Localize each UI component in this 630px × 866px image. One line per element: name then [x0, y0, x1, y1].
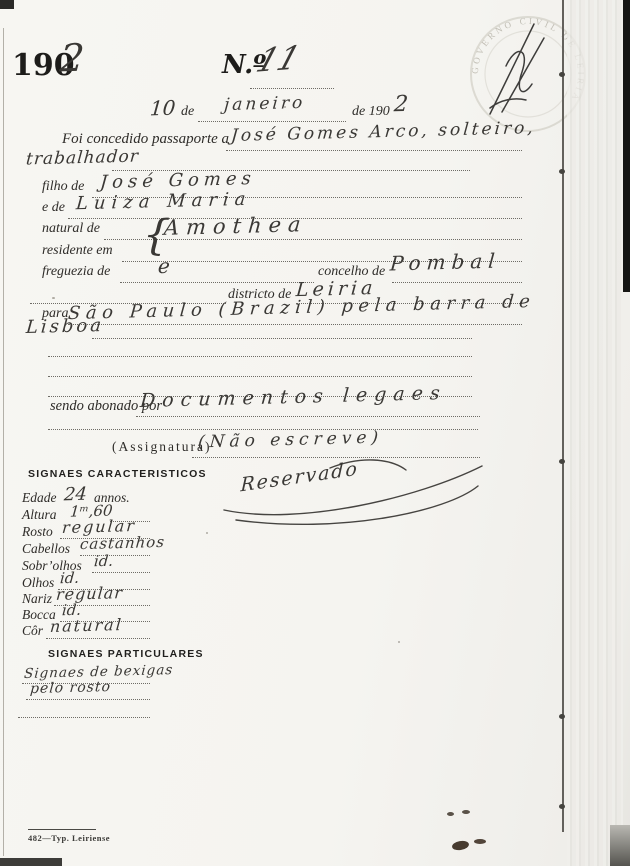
page-fold-band [567, 0, 623, 866]
county-value: Pombal [389, 249, 502, 276]
binding-knot [559, 804, 565, 809]
granted-label: Foi concedido passaporte a [62, 131, 229, 148]
number-dotted-line [250, 88, 334, 89]
destination-value-line2: Lisboa [25, 315, 105, 338]
ink-blot [447, 812, 454, 816]
char-dotted-line [92, 572, 150, 573]
dust-speck [398, 641, 400, 643]
particulars-heading: SIGNAES PARTICULARES [48, 648, 204, 660]
year-handwritten: 2 [58, 36, 86, 81]
char-value-cabellos: castanhos [79, 533, 165, 553]
binding-knot [559, 714, 565, 719]
blank-dotted-line [18, 717, 150, 718]
char-label-edade: Edade [22, 490, 57, 506]
parish-value: e [157, 254, 171, 278]
name-dotted-line [226, 150, 522, 151]
parish-dotted-line [120, 282, 314, 283]
date-dotted-line [198, 121, 346, 122]
char-label-cor: Côr [22, 623, 43, 639]
binding-thread [562, 0, 564, 832]
date-month: janeiro [223, 93, 306, 115]
char-dotted-line [80, 555, 150, 556]
county-dotted-line [392, 282, 522, 283]
left-page-edge-line [3, 28, 4, 856]
char-label-nariz: Nariz [22, 591, 52, 607]
date-day: 10 [149, 96, 176, 121]
ink-blot [474, 839, 486, 844]
imprint-rule [28, 829, 96, 830]
binding-knot [559, 459, 565, 464]
blank-dotted-line [48, 356, 472, 357]
register-number-value: 11 [252, 38, 305, 80]
vouched-value: Documentos legaes [139, 382, 447, 412]
birthplace-label: natural de [42, 221, 100, 237]
ink-paraph [470, 18, 562, 124]
char-value-cor: natural [49, 615, 123, 636]
destination-dotted-line [68, 324, 522, 325]
scan-edge-dark-corner [610, 825, 630, 866]
signature-label: (Assignatura) [112, 439, 211, 455]
char-label-altura: Altura [22, 507, 57, 523]
scan-edge-dark-strip [623, 0, 630, 292]
scanned-passport-register-page: GOVERNO CIVIL DE LEIRIA 190 2 N.º 11 10 … [0, 0, 630, 866]
mother-label: e de [42, 200, 65, 216]
char-label-olhos: Olhos [22, 575, 54, 591]
dust-speck [52, 297, 55, 299]
particulars-line2: pelo rosto [29, 679, 111, 697]
dust-speck [206, 532, 208, 534]
parish-label: freguezia de [42, 264, 110, 280]
birthplace-residence-value: Amothea [163, 212, 308, 240]
bottom-scan-strip [0, 858, 62, 866]
char-dotted-line [46, 638, 150, 639]
destination-line2-dotted-line [92, 338, 472, 339]
date-year-digit: 2 [393, 92, 409, 117]
printer-imprint: 482—Typ. Leiriense [28, 833, 110, 843]
ink-blot [451, 840, 469, 852]
signature-flourish [210, 448, 496, 536]
char-label-cabellos: Cabellos [22, 541, 70, 557]
particulars-dotted-line [26, 699, 150, 700]
characteristics-heading: SIGNAES CARACTERISTICOS [28, 468, 207, 480]
date-de190-label: de 190 [352, 104, 390, 120]
vouched-dotted-line [136, 416, 480, 417]
ink-blot [462, 810, 470, 814]
char-value-sobrolhos: id. [93, 552, 114, 571]
dust-speck [284, 106, 286, 108]
blank-dotted-line [48, 376, 472, 377]
binding-knot [559, 169, 565, 174]
binding-knot [559, 72, 565, 77]
passport-holder-occupation: trabalhador [25, 146, 139, 169]
date-de-label: de [181, 104, 194, 120]
passport-holder-name: José Gomes Arco, solteiro, [230, 118, 536, 146]
corner-scan-mark [0, 0, 14, 9]
residence-label: residente em [42, 243, 113, 259]
char-label-rosto: Rosto [22, 524, 53, 540]
